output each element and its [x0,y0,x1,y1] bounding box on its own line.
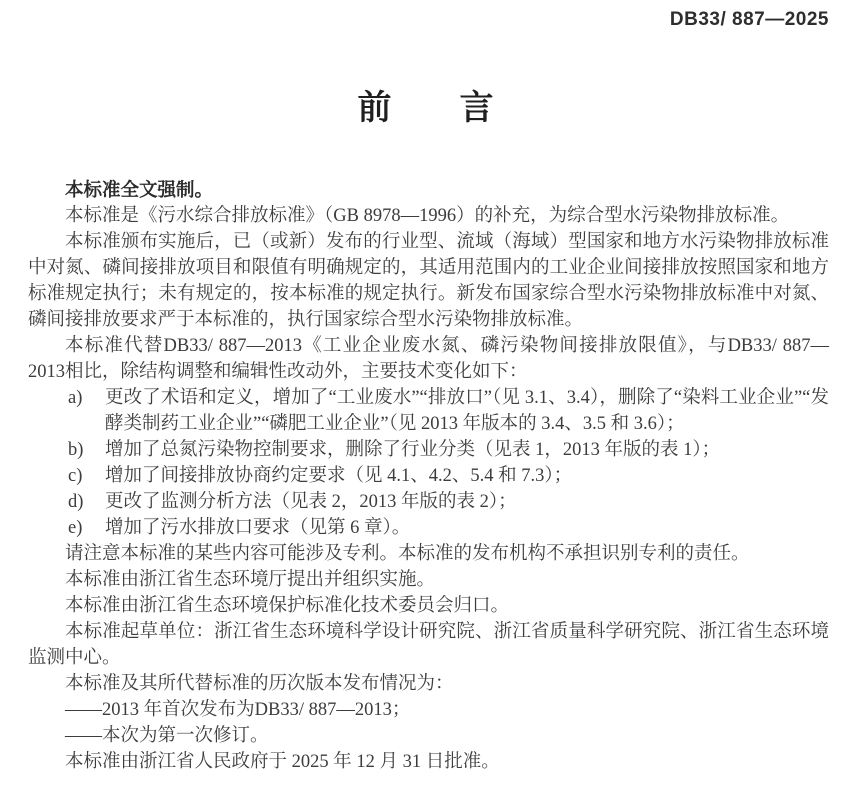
paragraph-centralized-by: 本标准由浙江省生态环境保护标准化技术委员会归口。 [28,593,829,619]
doc-number: DB33/ 887—2025 [670,9,829,31]
technical-changes-list: a) 更改了术语和定义，增加了“工业废水”“排放口”（见 3.1、3.4），删除… [28,385,829,541]
paragraph-drafting-units: 本标准起草单位：浙江省生态环境科学设计研究院、浙江省质量科学研究院、浙江省生态环… [28,619,829,671]
change-item-a-label: a) [68,385,82,411]
change-item-e: e) 增加了污水排放口要求（见第 6 章）。 [28,515,829,541]
change-item-a-text: 更改了术语和定义，增加了“工业废水”“排放口”（见 3.1、3.4），删除了“染… [105,388,829,434]
paragraph-implementation-rule: 本标准颁布实施后，已（或新）发布的行业型、流域（海域）型国家和地方水污染物排放标… [28,229,829,333]
change-item-e-text: 增加了污水排放口要求（见第 6 章）。 [105,518,410,538]
paragraph-approval: 本标准由浙江省人民政府于 2025 年 12 月 31 日批准。 [28,749,829,775]
paragraph-version-history-intro: 本标准及其所代替标准的历次版本发布情况为： [28,671,829,697]
change-item-b: b) 增加了总氮污染物控制要求，删除了行业分类（见表 1，2013 年版的表 1… [28,437,829,463]
change-item-b-label: b) [68,437,83,463]
paragraph-patent-note: 请注意本标准的某些内容可能涉及专利。本标准的发布机构不承担识别专利的责任。 [28,541,829,567]
foreword-content: 本标准全文强制。 本标准是《污水综合排放标准》（GB 8978—1996）的补充… [28,177,829,775]
change-item-d: d) 更改了监测分析方法（见表 2，2013 年版的表 2）； [28,489,829,515]
change-item-a: a) 更改了术语和定义，增加了“工业废水”“排放口”（见 3.1、3.4），删除… [28,385,829,437]
paragraph-replacement-note: 本标准代替DB33/ 887—2013《工业企业废水氮、磷污染物间接排放限值》，… [28,333,829,385]
change-item-c-label: c) [68,463,82,489]
change-item-e-label: e) [68,515,82,541]
paragraph-mandatory-note: 本标准全文强制。 [28,177,829,203]
change-item-c-text: 增加了间接排放协商约定要求（见 4.1、4.2、5.4 和 7.3）； [105,466,572,486]
paragraph-proposed-by: 本标准由浙江省生态环境厅提出并组织实施。 [28,567,829,593]
document-page: DB33/ 887—2025 前 言 本标准全文强制。 本标准是《污水综合排放标… [0,0,851,787]
paragraph-supplement-note: 本标准是《污水综合排放标准》（GB 8978—1996）的补充，为综合型水污染物… [28,203,829,229]
history-item-first-revision: ——本次为第一次修订。 [28,723,829,749]
history-item-first-release: ——2013 年首次发布为DB33/ 887—2013； [28,697,829,723]
change-item-d-text: 更改了监测分析方法（见表 2，2013 年版的表 2）； [105,492,517,512]
change-item-b-text: 增加了总氮污染物控制要求，删除了行业分类（见表 1，2013 年版的表 1）； [105,440,720,460]
change-item-d-label: d) [68,489,83,515]
change-item-c: c) 增加了间接排放协商约定要求（见 4.1、4.2、5.4 和 7.3）； [28,463,829,489]
